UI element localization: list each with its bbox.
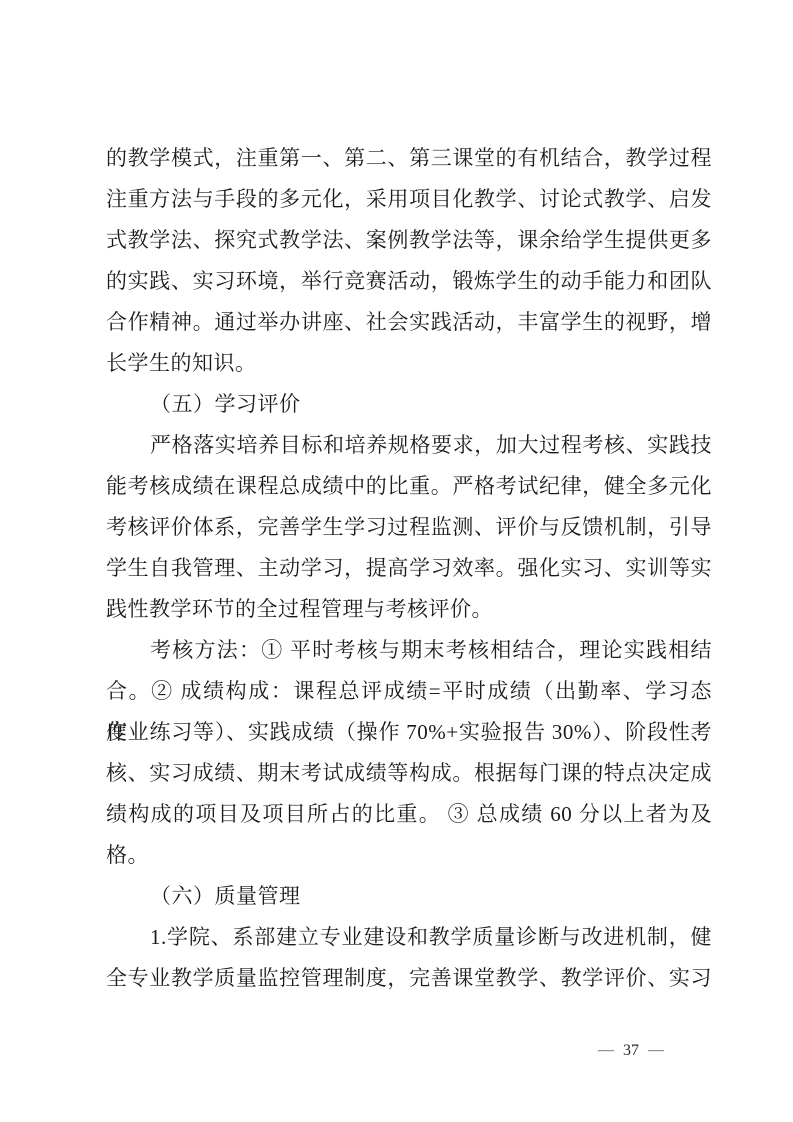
text-line: 合作精神。通过举办讲座、社会实践活动，丰富学生的视野，增	[106, 302, 712, 343]
text-line: 式教学法、探究式教学法、案例教学法等，课余给学生提供更多	[106, 220, 712, 261]
text-line: 考核方法：① 平时考核与期末考核相结合，理论实践相结	[106, 630, 712, 671]
text-line: 能考核成绩在课程总成绩中的比重。严格考试纪律，健全多元化	[106, 466, 712, 507]
text-line: 1.学院、系部建立专业建设和教学质量诊断与改进机制，健	[106, 917, 712, 958]
document-page: 的教学模式，注重第一、第二、第三课堂的有机结合，教学过程注重方法与手段的多元化，…	[0, 0, 793, 1122]
footer-left-dash: —	[598, 1043, 614, 1059]
footer-right-dash: —	[648, 1043, 664, 1059]
text-line: 格。	[106, 835, 712, 876]
text-line: 的实践、实习环境，举行竞赛活动，锻炼学生的动手能力和团队	[106, 261, 712, 302]
text-line: 绩构成的项目及项目所占的比重。 ③ 总成绩 60 分以上者为及	[106, 794, 712, 835]
page-number: 37	[623, 1042, 639, 1060]
text-line: 考核评价体系，完善学生学习过程监测、评价与反馈机制，引导	[106, 507, 712, 548]
text-line: 合。② 成绩构成：课程总评成绩=平时成绩（出勤率、学习态度、	[106, 671, 712, 712]
text-line: 作业练习等）、实践成绩（操作 70%+实验报告 30%）、阶段性考	[106, 712, 712, 753]
page-footer: — 37 —	[598, 1042, 664, 1060]
text-line: 学生自我管理、主动学习，提高学习效率。强化实习、实训等实	[106, 548, 712, 589]
text-line: 长学生的知识。	[106, 343, 712, 384]
text-block: 的教学模式，注重第一、第二、第三课堂的有机结合，教学过程注重方法与手段的多元化，…	[106, 138, 712, 999]
text-line: 的教学模式，注重第一、第二、第三课堂的有机结合，教学过程	[106, 138, 712, 179]
text-line: 践性教学环节的全过程管理与考核评价。	[106, 589, 712, 630]
text-line: 严格落实培养目标和培养规格要求，加大过程考核、实践技	[106, 425, 712, 466]
text-line: 核、实习成绩、期末考试成绩等构成。根据每门课的特点决定成	[106, 753, 712, 794]
text-line: （六）质量管理	[106, 876, 712, 917]
text-line: （五）学习评价	[106, 384, 712, 425]
text-line: 全专业教学质量监控管理制度，完善课堂教学、教学评价、实习	[106, 958, 712, 999]
text-line: 注重方法与手段的多元化，采用项目化教学、讨论式教学、启发	[106, 179, 712, 220]
